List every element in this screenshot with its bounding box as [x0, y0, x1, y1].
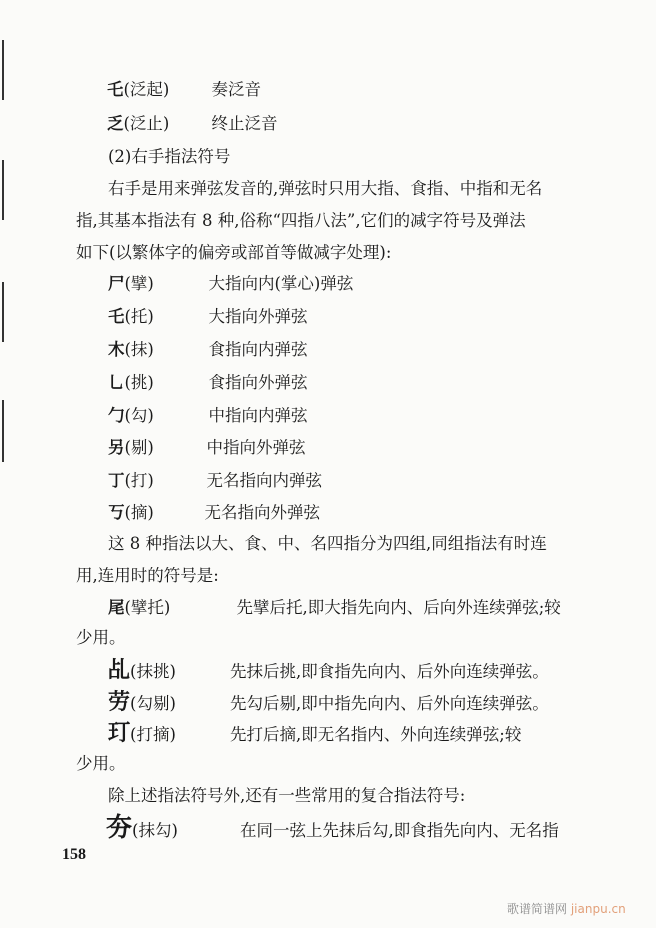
- harmonic-row: 乇(泛起)奏泛音: [107, 80, 261, 100]
- fingering-description: 大指向内(掌心)弹弦: [209, 274, 354, 294]
- fingering-description: 无名指向外弹弦: [205, 503, 321, 523]
- fingering-name: (泛起): [124, 80, 212, 100]
- fingering-name: (勾): [125, 406, 209, 426]
- fingering-name: (抹勾): [132, 821, 240, 841]
- fingering-symbol: 乇: [107, 80, 124, 100]
- paragraph-line: 这 8 种指法以大、食、中、名四指分为四组,同组指法有时连: [108, 534, 547, 554]
- paragraph-line: 少用。: [76, 754, 126, 774]
- fingering-name: (抹挑): [130, 662, 230, 682]
- fingering-name: (擘托): [125, 598, 237, 618]
- fingering-description: 先打后摘,即无名指内、外向连续弹弦;较: [230, 725, 521, 745]
- fingering-name: (托): [125, 307, 209, 327]
- fingering-name: (抹): [125, 340, 209, 360]
- fingering-symbol: 乇: [108, 307, 125, 327]
- paragraph-line: 如下(以繁体字的偏旁或部首等做减字处理):: [76, 243, 391, 263]
- watermark: 歌谱简谱网 jianpu.cn: [507, 900, 626, 917]
- binding-edge-line: [2, 282, 4, 342]
- fingering-symbol: 另: [108, 438, 125, 458]
- fingering-row: 勹(勾)中指向内弹弦: [108, 406, 308, 426]
- fingering-row: 乇(托)大指向外弹弦: [108, 307, 308, 327]
- fingering-row: 乚(挑)食指向外弹弦: [108, 373, 308, 393]
- fingering-row: 尸(擘)大指向内(掌心)弹弦: [108, 274, 353, 294]
- fingering-name: (摘): [125, 503, 205, 523]
- fingering-description: 先抹后挑,即食指先向内、后外向连续弹弦。: [230, 662, 549, 682]
- fingering-symbol: 勹: [108, 406, 125, 426]
- fingering-description: 食指向内弹弦: [209, 340, 308, 360]
- fingering-symbol: 夯: [106, 818, 132, 838]
- fingering-row: 另(剔)中指向外弹弦: [108, 438, 306, 458]
- harmonic-row: 乏(泛止)终止泛音: [107, 114, 278, 134]
- fingering-name: (剔): [125, 438, 207, 458]
- fingering-symbol: 乏: [107, 114, 124, 134]
- fingering-symbol: 尾: [108, 598, 125, 618]
- fingering-symbol: 丁: [108, 471, 125, 491]
- fingering-description: 大指向外弹弦: [209, 307, 308, 327]
- watermark-text: 歌谱简谱网: [507, 902, 567, 916]
- fingering-row: 丁(打)无名指向内弹弦: [108, 471, 322, 491]
- fingering-description: 中指向外弹弦: [207, 438, 306, 458]
- paragraph-line: 除上述指法符号外,还有一些常用的复合指法符号:: [108, 786, 465, 806]
- fingering-symbol: 丂: [108, 503, 125, 523]
- fingering-description: 在同一弦上先抹后勾,即食指先向内、无名指: [240, 821, 559, 841]
- combined-fingering-row: 乩(抹挑)先抹后挑,即食指先向内、后外向连续弹弦。: [108, 660, 549, 682]
- fingering-name: (泛止): [124, 114, 212, 134]
- fingering-name: (擘): [125, 274, 209, 294]
- fingering-name: (勾剔): [130, 694, 230, 714]
- watermark-url: jianpu.cn: [571, 902, 626, 916]
- fingering-symbol: 尸: [108, 274, 125, 294]
- fingering-description: 终止泛音: [212, 114, 278, 134]
- fingering-symbol: 乩: [108, 660, 130, 680]
- fingering-name: (打摘): [130, 725, 230, 745]
- fingering-symbol: 木: [108, 340, 125, 360]
- combined-fingering-row: 玎(打摘)先打后摘,即无名指内、外向连续弹弦;较: [108, 723, 521, 745]
- fingering-symbol: 乚: [108, 373, 125, 393]
- fingering-symbol: 劳: [108, 692, 130, 712]
- binding-edge-line: [2, 40, 4, 100]
- combined-fingering-row: 劳(勾剔)先勾后剔,即中指先向内、后外向连续弹弦。: [108, 692, 549, 714]
- paragraph-line: 用,连用时的符号是:: [76, 566, 219, 586]
- binding-edge-line: [2, 160, 4, 220]
- page-number: 158: [62, 846, 86, 864]
- fingering-description: 奏泛音: [212, 80, 262, 100]
- fingering-description: 食指向外弹弦: [209, 373, 308, 393]
- fingering-description: 无名指向内弹弦: [207, 471, 323, 491]
- compound-fingering-row: 夯(抹勾)在同一弦上先抹后勾,即食指先向内、无名指: [106, 818, 559, 841]
- fingering-name: (挑): [125, 373, 209, 393]
- combined-fingering-row: 尾(擘托)先擘后托,即大指先向内、后向外连续弹弦;较: [108, 598, 561, 618]
- paragraph-line: 少用。: [76, 628, 126, 648]
- fingering-row: 木(抹)食指向内弹弦: [108, 340, 308, 360]
- binding-edge-line: [2, 400, 4, 462]
- fingering-description: 先勾后剔,即中指先向内、后外向连续弹弦。: [230, 694, 549, 714]
- fingering-symbol: 玎: [108, 723, 130, 743]
- fingering-description: 先擘后托,即大指先向内、后向外连续弹弦;较: [237, 598, 561, 618]
- section-heading: (2)右手指法符号: [108, 147, 230, 167]
- fingering-name: (打): [125, 471, 207, 491]
- paragraph-line: 右手是用来弹弦发音的,弹弦时只用大指、食指、中指和无名: [108, 179, 542, 199]
- fingering-description: 中指向内弹弦: [209, 406, 308, 426]
- paragraph-line: 指,其基本指法有 8 种,俗称“四指八法”,它们的减字符号及弹法: [76, 211, 526, 231]
- fingering-row: 丂(摘)无名指向外弹弦: [108, 503, 320, 523]
